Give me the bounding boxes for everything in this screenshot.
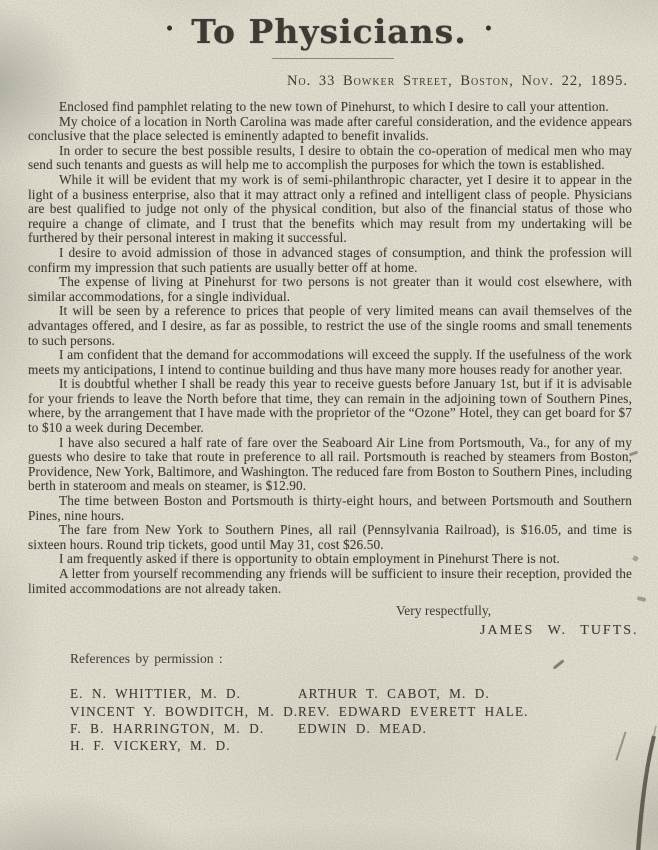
dateline: No. 33 Bowker Street, Boston, Nov. 22, 1… (0, 73, 658, 90)
letter-paragraph: The expense of living at Pinehurst for t… (28, 275, 632, 304)
letter-paragraph: I am frequently asked if there is opport… (28, 552, 632, 567)
ornament-left-icon: • (166, 18, 173, 39)
reference-item: F. B. HARRINGTON, M. D. (70, 720, 298, 737)
reference-item: E. N. WHITTIER, M. D. (70, 685, 298, 702)
ink-smudge (637, 596, 647, 602)
reference-item: REV. EDWARD EVERETT HALE. (298, 703, 529, 720)
closing-salutation: Very respectfully, (396, 603, 658, 619)
ornament-right-icon: • (485, 18, 492, 39)
page-title: To Physicians. (191, 12, 466, 51)
letter-paragraph: I am confident that the demand for accom… (28, 348, 632, 377)
letter-paragraph: A letter from yourself recommending any … (28, 567, 632, 596)
letter-paragraph: While it will be evident that my work is… (28, 173, 632, 246)
references-column-right: ARTHUR T. CABOT, M. D. REV. EDWARD EVERE… (298, 685, 529, 755)
page-curl-shadow (616, 698, 658, 850)
letter-paragraph: I have also secured a half rate of fare … (28, 436, 632, 494)
letter-paragraph: In order to secure the best possible res… (28, 144, 632, 173)
letter-header: • To Physicians. • (0, 0, 658, 51)
letter-paragraph: It is doubtful whether I shall be ready … (28, 377, 632, 435)
letter-paragraph: The time between Boston and Portsmouth i… (28, 494, 632, 523)
letter-paragraph: My choice of a location in North Carolin… (28, 115, 632, 144)
signature: JAMES W. TUFTS. (480, 623, 658, 639)
letter-page: • To Physicians. • No. 33 Bowker Street,… (0, 0, 658, 850)
references-label: References by permission : (70, 651, 658, 667)
reference-item: VINCENT Y. BOWDITCH, M. D. (70, 703, 298, 720)
reference-item: ARTHUR T. CABOT, M. D. (298, 685, 529, 702)
references-column-left: E. N. WHITTIER, M. D. VINCENT Y. BOWDITC… (70, 685, 298, 755)
letter-paragraph: Enclosed find pamphlet relating to the n… (28, 100, 632, 115)
references-list: E. N. WHITTIER, M. D. VINCENT Y. BOWDITC… (70, 685, 658, 755)
letter-paragraph: I desire to avoid admission of those in … (28, 246, 632, 275)
letter-paragraph: The fare from New York to Southern Pines… (28, 523, 632, 552)
reference-item: H. F. VICKERY, M. D. (70, 737, 298, 754)
ink-smudge (632, 555, 639, 562)
reference-item: EDWIN D. MEAD. (298, 720, 529, 737)
title-divider (272, 58, 394, 59)
letter-body: Enclosed find pamphlet relating to the n… (28, 100, 632, 596)
letter-paragraph: It will be seen by a reference to prices… (28, 304, 632, 348)
